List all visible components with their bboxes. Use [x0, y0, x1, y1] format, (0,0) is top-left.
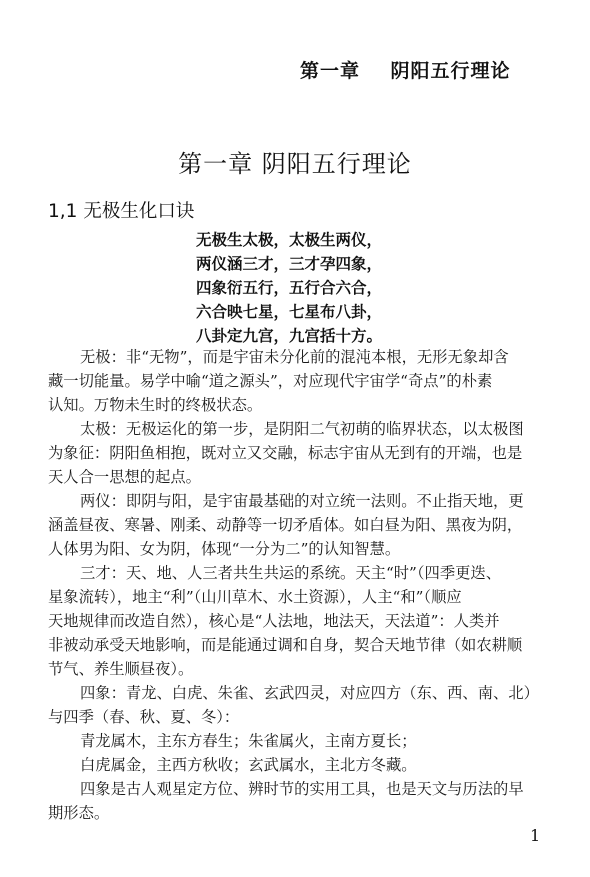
- paragraph-sixiang-summary: 四象是古人观星定方位、辨时节的实用工具，也是天文与历法的早 期形态。: [48, 777, 538, 825]
- paragraph-sancai: 三才：天、地、人三者共生共运的系统。天主“时”（四季更迭、 星象流转），地主“利…: [48, 561, 538, 681]
- text-line: 星象流转），地主“利”（山川草木、水土资源），人主“和”（顺应: [48, 585, 538, 609]
- poem-line: 无极生太极，太极生两仪，: [196, 228, 382, 252]
- text-line: 认知。万物未生时的终极状态。: [48, 393, 538, 417]
- poem-line: 六合映七星，七星布八卦，: [196, 300, 382, 324]
- text-line: 天地规律而改造自然），核心是“人法地，地法天，天法道”：人类并: [48, 609, 538, 633]
- section-heading: 1,1 无极生化口诀: [48, 197, 194, 223]
- text-line: 三才：天、地、人三者共生共运的系统。天主“时”（四季更迭、: [48, 561, 538, 585]
- section-title: 无极生化口诀: [83, 201, 194, 222]
- text-line: 青龙属木，主东方春生；朱雀属火，主南方夏长；: [48, 729, 538, 753]
- paragraph-wuji: 无极：非“无物”，而是宇宙未分化前的混沌本根，无形无象却含 藏一切能量。易学中喻…: [48, 345, 538, 417]
- running-header: 第一章 阴阳五行理论: [300, 56, 510, 83]
- text-line: 白虎属金，主西方秋收；玄武属水，主北方冬藏。: [48, 753, 538, 777]
- paragraph-qinglong: 青龙属木，主东方春生；朱雀属火，主南方夏长；: [48, 729, 538, 753]
- text-line: 期形态。: [48, 801, 538, 825]
- text-line: 节气、养生顺昼夜）。: [48, 657, 538, 681]
- text-line: 无极：非“无物”，而是宇宙未分化前的混沌本根，无形无象却含: [48, 345, 538, 369]
- body-text: 无极：非“无物”，而是宇宙未分化前的混沌本根，无形无象却含 藏一切能量。易学中喻…: [48, 345, 538, 825]
- text-line: 天人合一思想的起点。: [48, 465, 538, 489]
- paragraph-liangyi: 两仪：即阴与阳，是宇宙最基础的对立统一法则。不止指天地，更 涵盖昼夜、寒暑、刚柔…: [48, 489, 538, 561]
- text-line: 四象是古人观星定方位、辨时节的实用工具，也是天文与历法的早: [48, 777, 538, 801]
- paragraph-baihu: 白虎属金，主西方秋收；玄武属水，主北方冬藏。: [48, 753, 538, 777]
- text-line: 与四季（春、秋、夏、冬）：: [48, 705, 538, 729]
- text-line: 四象：青龙、白虎、朱雀、玄武四灵，对应四方（东、西、南、北）: [48, 681, 538, 705]
- page-number: 1: [530, 826, 540, 845]
- poem-verse: 无极生太极，太极生两仪， 两仪涵三才，三才孕四象， 四象衍五行，五行合六合， 六…: [196, 228, 382, 348]
- poem-line: 四象衍五行，五行合六合，: [196, 276, 382, 300]
- text-line: 涵盖昼夜、寒暑、刚柔、动静等一切矛盾体。如白昼为阳、黑夜为阴，: [48, 513, 538, 537]
- paragraph-sixiang: 四象：青龙、白虎、朱雀、玄武四灵，对应四方（东、西、南、北） 与四季（春、秋、夏…: [48, 681, 538, 729]
- paragraph-taiji: 太极：无极运化的第一步，是阴阳二气初萌的临界状态，以太极图 为象征：阴阳鱼相抱，…: [48, 417, 538, 489]
- text-line: 太极：无极运化的第一步，是阴阳二气初萌的临界状态，以太极图: [48, 417, 538, 441]
- text-line: 非被动承受天地影响，而是能通过调和自身，契合天地节律（如农耕顺: [48, 633, 538, 657]
- chapter-title: 第一章 阴阳五行理论: [0, 144, 590, 179]
- text-line: 为象征：阴阳鱼相抱，既对立又交融，标志宇宙从无到有的开端，也是: [48, 441, 538, 465]
- text-line: 藏一切能量。易学中喻“道之源头”，对应现代宇宙学“奇点”的朴素: [48, 369, 538, 393]
- poem-line: 两仪涵三才，三才孕四象，: [196, 252, 382, 276]
- text-line: 人体男为阳、女为阴，体现“一分为二”的认知智慧。: [48, 537, 538, 561]
- section-number: 1,1: [48, 201, 77, 222]
- text-line: 两仪：即阴与阳，是宇宙最基础的对立统一法则。不止指天地，更: [48, 489, 538, 513]
